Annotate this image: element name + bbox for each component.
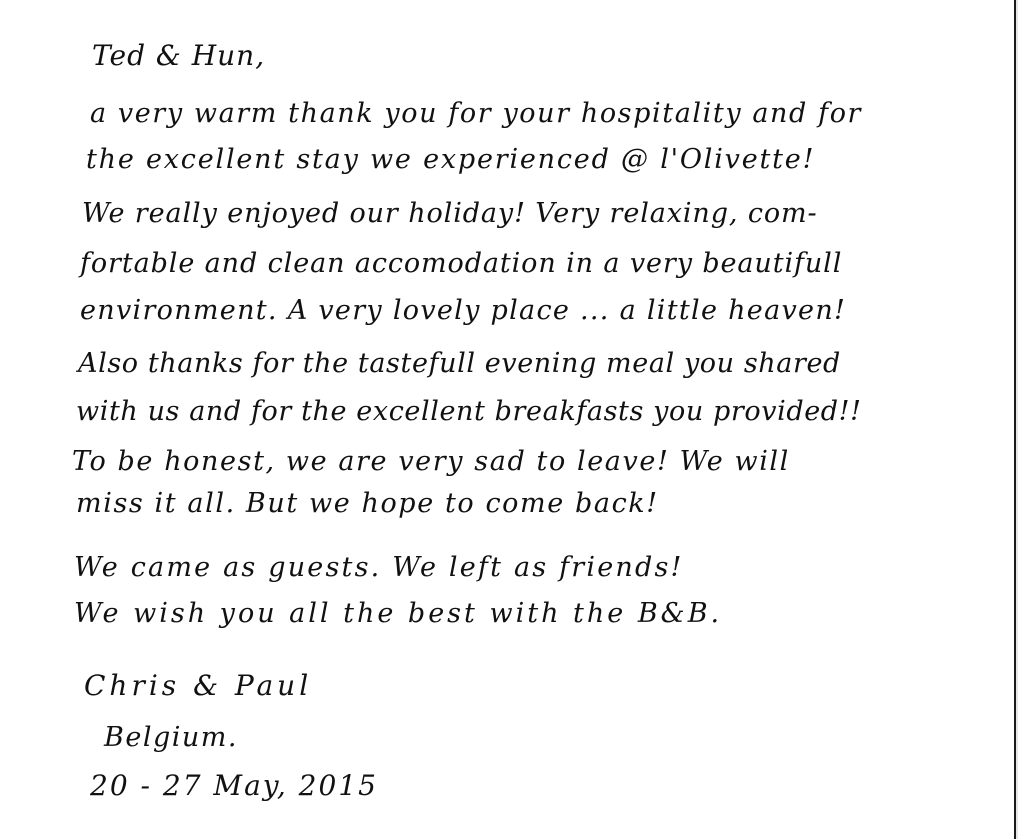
signature-country: Belgium.: [104, 724, 238, 751]
letter-line-3: We really enjoyed our holiday! Very rela…: [82, 200, 818, 227]
signature-date: 20 - 27 May, 2015: [90, 772, 378, 800]
letter-line-7: with us and for the excellent breakfasts…: [76, 398, 862, 425]
letter-line-11: We wish you all the best with the B&B.: [74, 600, 722, 627]
letter-line-4: fortable and clean accomodation in a ver…: [80, 250, 842, 277]
salutation: Ted & Hun,: [92, 42, 265, 70]
signature-names: Chris & Paul: [84, 672, 312, 700]
letter-line-9: miss it all. But we hope to come back!: [76, 490, 659, 517]
letter-line-6: Also thanks for the tastefull evening me…: [78, 350, 841, 377]
letter-line-2: the excellent stay we experienced @ l'Ol…: [86, 146, 815, 173]
letter-line-10: We came as guests. We left as friends!: [74, 554, 684, 581]
letter-line-1: a very warm thank you for your hospitali…: [90, 100, 862, 127]
letter-page: Ted & Hun, a very warm thank you for you…: [0, 0, 1014, 839]
letter-line-8: To be honest, we are very sad to leave! …: [72, 448, 790, 475]
letter-line-5: environment. A very lovely place ... a l…: [80, 297, 846, 324]
